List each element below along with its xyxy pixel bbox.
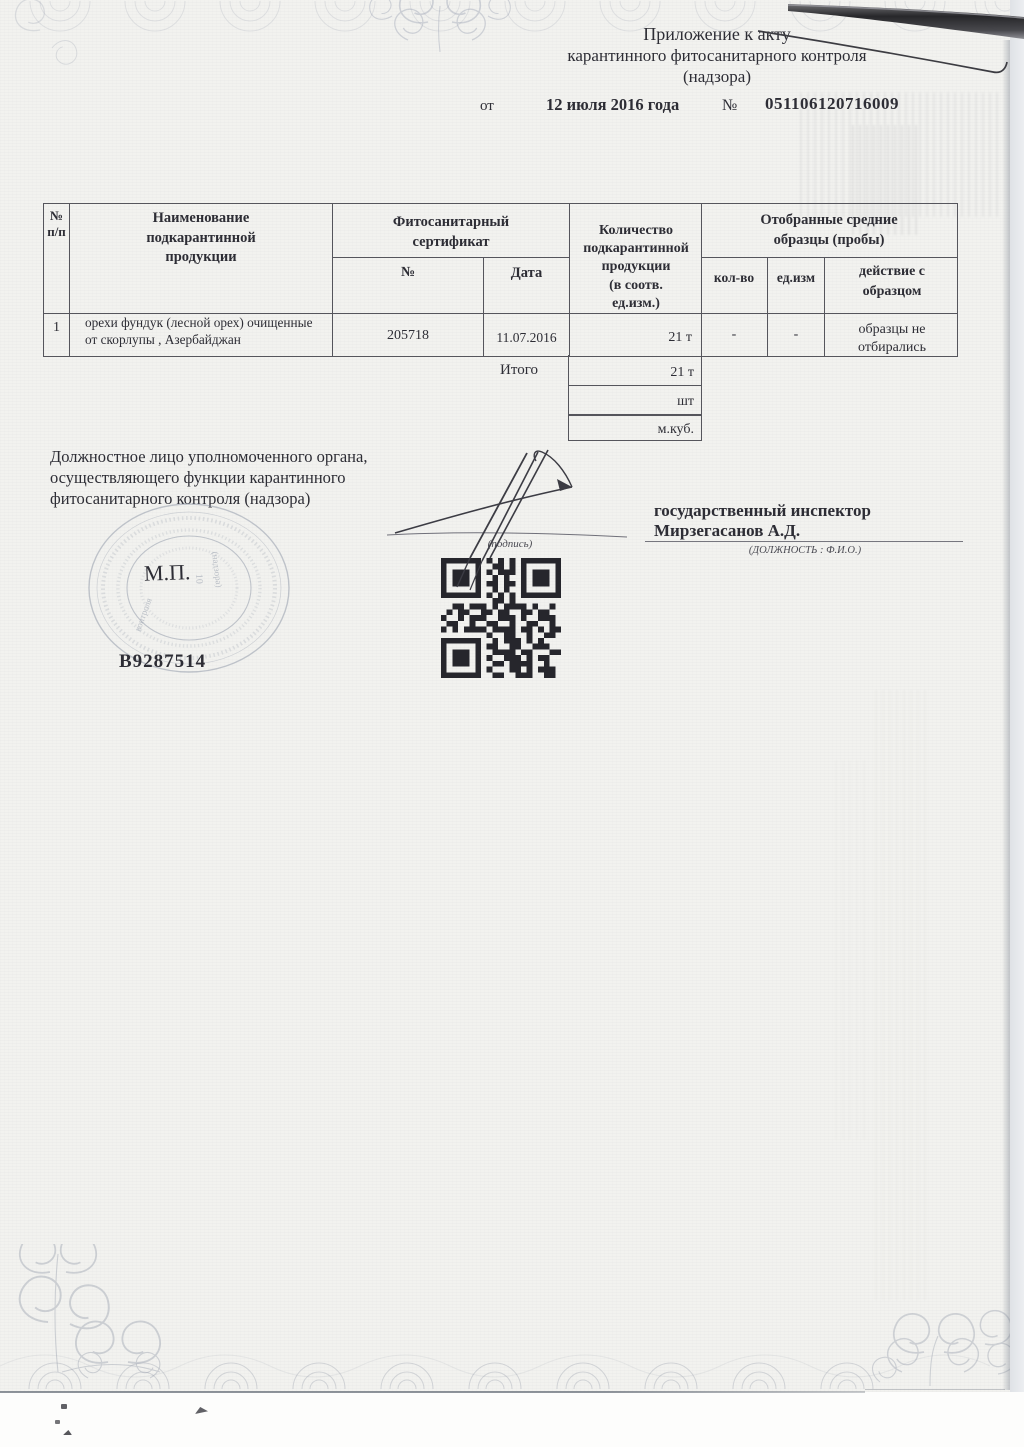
act-date: 12 июля 2016 года: [546, 95, 679, 115]
col-header-sample-qty: кол-во: [704, 270, 764, 286]
table-line: [569, 385, 701, 386]
total-label: Итого: [400, 361, 538, 379]
date-prefix: от: [480, 97, 494, 115]
signature-caption: (подпись): [470, 538, 550, 551]
scan-noise: [835, 760, 865, 1140]
row-cert-num: 205718: [337, 327, 479, 344]
total-qty-t: 21 т: [569, 364, 694, 381]
row-product-name: орехи фундук (лесной орех) очищенные от …: [85, 315, 331, 348]
products-table: № п/п Наименование подкарантинной продук…: [43, 203, 958, 357]
col-header-sample-unit: ед.изм: [770, 270, 822, 286]
scan-speck: [55, 1420, 60, 1424]
col-header-samples-group: Отобранные средние образцы (пробы): [705, 210, 953, 251]
blank-number: В9287514: [119, 650, 206, 673]
stamp-fragment: (надзора): [210, 551, 224, 588]
page-bottom-edge: [865, 1389, 1005, 1390]
bottom-guilloche-ornament: [0, 1244, 1010, 1392]
table-line: [824, 257, 825, 356]
inspector-caption: (ДОЛЖНОСТЬ : Ф.И.О.): [700, 545, 910, 558]
table-line: [569, 204, 570, 356]
inspector-name: Мирзегасанов А.Д.: [654, 521, 800, 542]
scanned-certificate-appendix: { "colors":{"paper":"#f2f2ef","ink":"#2d…: [0, 0, 1024, 1447]
officer-line-2: осуществляющего функции карантинного: [50, 468, 410, 489]
folded-corner-artifact: [740, 0, 1024, 100]
row-cert-date: 11.07.2016: [487, 330, 566, 346]
page-bottom-edge: [0, 1391, 865, 1393]
scanner-background: [1010, 0, 1024, 1392]
stamp-fragment: 10: [193, 574, 205, 585]
scan-speck: [195, 1407, 208, 1414]
document-page: Приложение к акту карантинного фитосанит…: [0, 0, 1010, 1392]
table-line: [69, 204, 70, 356]
col-header-cert-group: Фитосанитарный сертификат: [337, 212, 565, 253]
col-header-cert-num: №: [337, 264, 479, 281]
row-qty: 21 т: [574, 329, 692, 346]
col-header-num: № п/п: [44, 208, 69, 240]
handwritten-signature: [370, 425, 650, 600]
inspector-underline: [645, 541, 963, 542]
table-line: [483, 257, 484, 356]
scan-noise: [875, 690, 930, 1300]
scan-speck: [63, 1430, 72, 1435]
table-line: [701, 204, 702, 356]
scan-speck: [61, 1404, 67, 1409]
col-header-sample-action: действие с образцом: [830, 262, 954, 301]
row-sample-unit: -: [770, 326, 822, 343]
table-line: [569, 414, 701, 416]
col-header-cert-date: Дата: [487, 265, 566, 283]
mp-label: М.П.: [144, 559, 191, 587]
table-line: [767, 257, 768, 356]
row-sample-action: образцы не отбирались: [830, 321, 954, 357]
table-line: [332, 257, 569, 258]
row-sample-qty: -: [704, 326, 764, 343]
col-header-name: Наименование подкарантинной продукции: [74, 209, 328, 268]
officer-line-1: Должностное лицо уполномоченного органа,: [50, 447, 410, 468]
table-line: [701, 257, 957, 258]
total-qty-sht: шт: [569, 393, 694, 410]
col-header-qty: Количество подкарантинной продукции (в с…: [574, 222, 698, 313]
table-line: [332, 204, 333, 356]
table-line: [44, 313, 957, 314]
number-sign: №: [722, 96, 737, 116]
inspector-position: государственный инспектор: [654, 501, 871, 522]
row-num: 1: [44, 319, 69, 336]
